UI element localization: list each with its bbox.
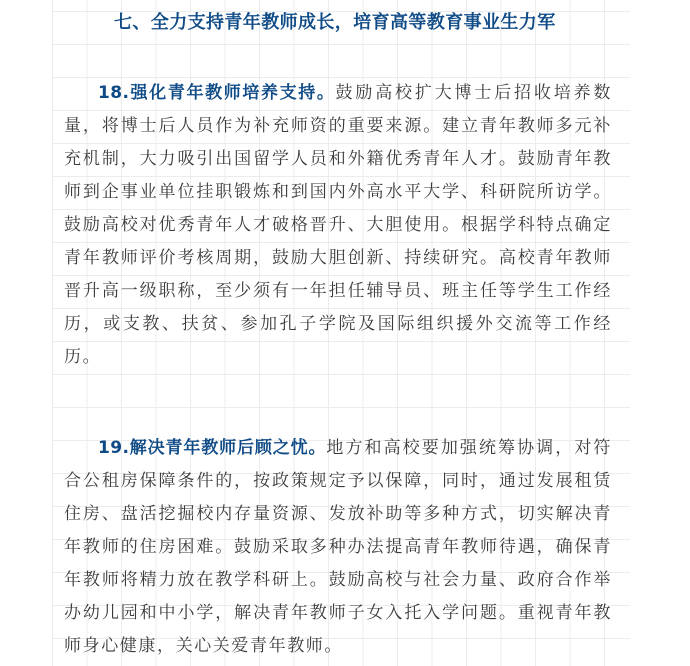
paragraph-18: 18.强化青年教师培养支持。鼓励高校扩大博士后招收培养数量，将博士后人员作为补充… (64, 77, 612, 374)
paragraph-19-body: 地方和高校要加强统筹协调，对符合公租房保障条件的，按政策规定予以保障，同时，通过… (64, 438, 612, 656)
paragraph-18-body: 鼓励高校扩大博士后招收培养数量，将博士后人员作为补充师资的重要来源。建立青年教师… (64, 83, 612, 367)
paragraph-19: 19.解决青年教师后顾之忧。地方和高校要加强统筹协调，对符合公租房保障条件的，按… (64, 432, 612, 663)
paragraph-18-heading: 18.强化青年教师培养支持。 (98, 83, 336, 103)
grid-paper-page: 七、全力支持青年教师成长，培育高等教育事业生力军 18.强化青年教师培养支持。鼓… (52, 0, 630, 666)
section-title: 七、全力支持青年教师成长，培育高等教育事业生力军 (114, 10, 556, 36)
paragraph-19-heading: 19.解决青年教师后顾之忧。 (98, 438, 326, 458)
